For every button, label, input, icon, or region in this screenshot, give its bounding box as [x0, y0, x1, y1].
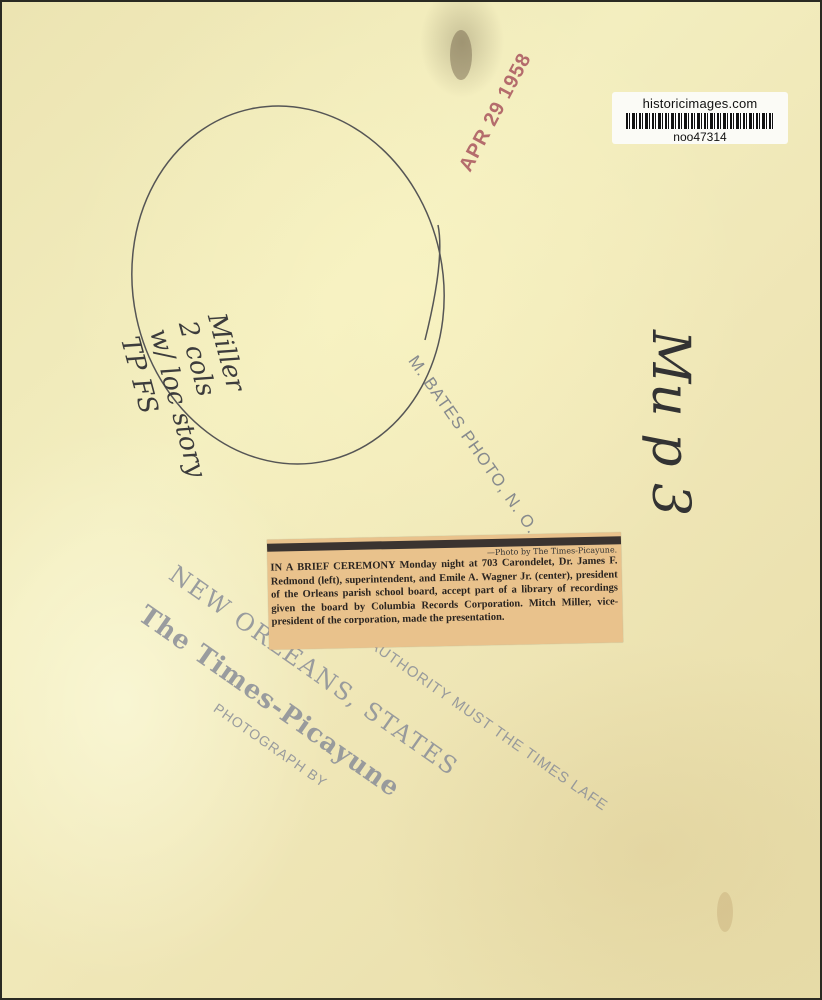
newspaper-clipping: —Photo by The Times-Picayune. IN A BRIEF… — [267, 532, 623, 649]
clipping-caption: IN A BRIEF CEREMONY Monday night at 703 … — [267, 554, 622, 629]
side-handwritten-note: Mu p 3 — [640, 330, 700, 516]
